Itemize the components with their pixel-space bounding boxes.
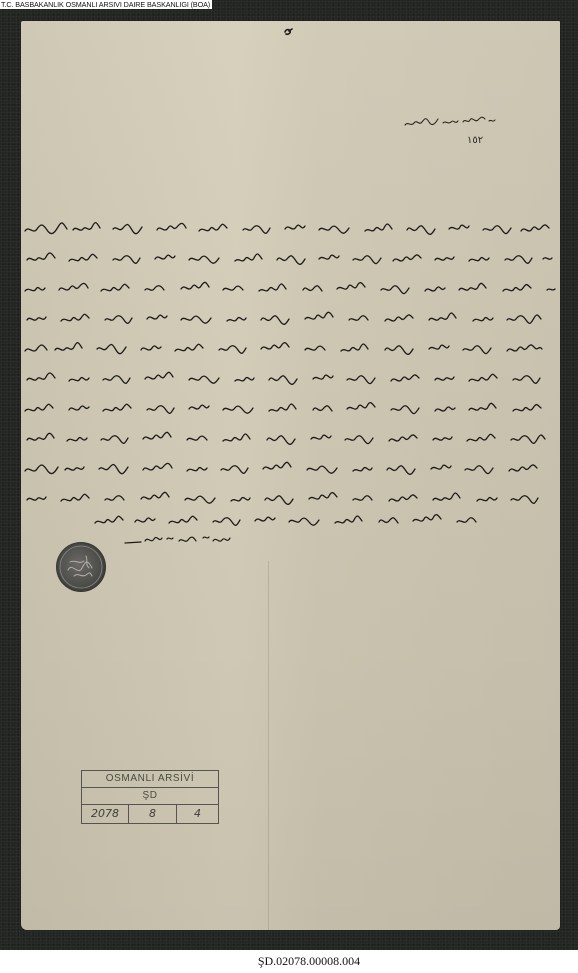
manuscript-line-9 <box>21 459 560 481</box>
archive-stamp: OSMANLI ARSİVİ ŞD 2078 8 4 <box>81 770 219 824</box>
archive-header-label: T.C. BASBAKANLIK OSMANLI ARSIVI DAIRE BA… <box>0 0 212 9</box>
ink-seal <box>56 542 106 592</box>
manuscript-line-2 <box>21 249 560 271</box>
manuscript-line-5 <box>21 339 560 361</box>
stamp-archive-name: OSMANLI ARSİVİ <box>82 771 218 788</box>
manuscript-line-4 <box>21 309 560 331</box>
manuscript-line-7 <box>21 399 560 421</box>
manuscript-line-3 <box>21 279 560 301</box>
stamp-number-cells: 2078 8 4 <box>82 805 218 823</box>
stamp-fond-code: ŞD <box>82 788 218 805</box>
document-reference-code: ŞD.02078.00008.004 <box>0 950 578 973</box>
paper-fold-line <box>268 561 269 930</box>
manuscript-line-6 <box>21 369 560 391</box>
top-ink-mark <box>283 28 293 36</box>
scan-background: T.C. BASBAKANLIK OSMANLI ARSIVI DAIRE BA… <box>0 0 578 950</box>
document-page: ١٥٢ <box>21 21 560 930</box>
stamp-dosya-number: 2078 <box>82 805 129 823</box>
stamp-sira-number: 4 <box>177 805 218 823</box>
corner-note-number: ١٥٢ <box>467 135 483 146</box>
stamp-gomlek-number: 8 <box>129 805 177 823</box>
manuscript-line-8 <box>21 429 560 451</box>
manuscript-line-10 <box>21 489 560 511</box>
corner-note: ١٥٢ <box>403 113 503 153</box>
manuscript-line-1 <box>21 219 560 241</box>
seal-calligraphy-icon <box>56 542 106 592</box>
date-line <box>121 529 241 551</box>
